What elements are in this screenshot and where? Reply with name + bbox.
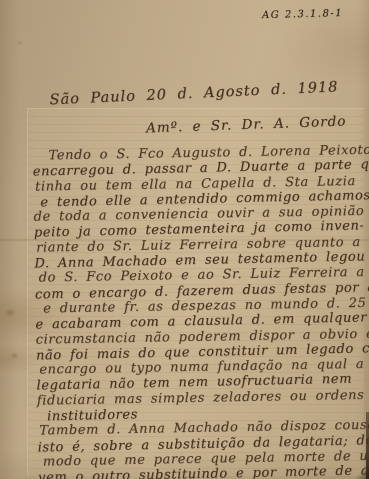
letter-content: São Paulo 20 d. Agosto d. 1918 Amº. e Sr… [0, 0, 369, 479]
letter-dateline: São Paulo 20 d. Agosto d. 1918 [49, 79, 338, 108]
letter-salutation: Amº. e Sr. Dr. A. Gordo [146, 113, 347, 136]
letter-body: Tendo o S. Fco Augusto d. Lorena Peixoto… [32, 141, 369, 479]
scanned-letter-page: AG 2.3.1.8-1 São Paulo 20 d. Agosto d. 1… [0, 0, 369, 479]
